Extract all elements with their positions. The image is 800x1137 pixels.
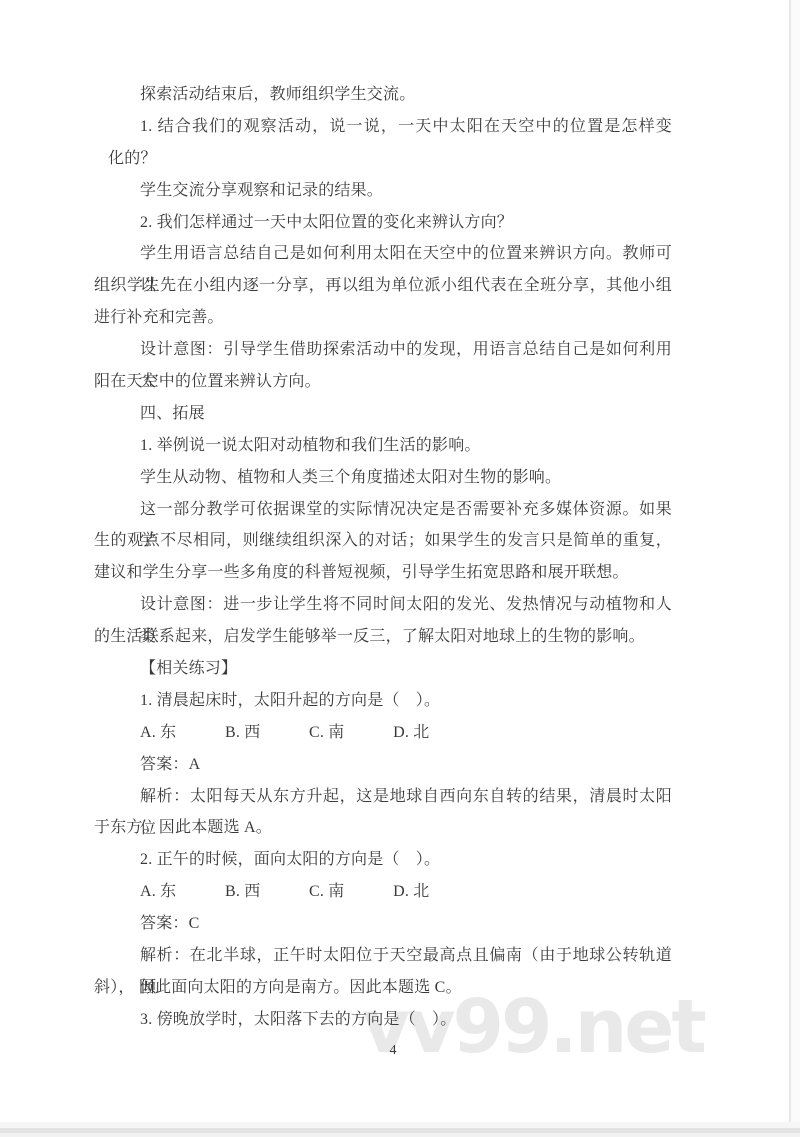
text-line: 于东方。因此本题选 A。	[0, 812, 672, 844]
text-line: 解析：在北半球，正午时太阳位于天空最高点且偏南（由于地球公转轨道倾	[0, 940, 672, 972]
document-body: 探索活动结束后，教师组织学生交流。1. 结合我们的观察活动，说一说，一天中太阳在…	[0, 79, 800, 1036]
text-line: 阳在天空中的位置来辨认方向。	[0, 366, 672, 398]
text-line: 学生从动物、植物和人类三个角度描述太阳对生物的影响。	[0, 462, 672, 494]
page-bottom-edge-background	[0, 1133, 800, 1137]
page-number: 4	[0, 1043, 786, 1059]
text-line: 设计意图：进一步让学生将不同时间太阳的发光、发热情况与动植物和人类	[0, 589, 672, 621]
text-line: 答案：C	[0, 908, 672, 940]
text-line: 3. 傍晚放学时，太阳落下去的方向是（ ）。	[0, 1004, 672, 1036]
text-line: 设计意图：引导学生借助探索活动中的发现，用语言总结自己是如何利用太	[0, 334, 672, 366]
text-line: 化的？	[0, 143, 672, 175]
text-line: 1. 结合我们的观察活动，说一说，一天中太阳在天空中的位置是怎样变	[0, 111, 672, 143]
text-line: 四、拓展	[0, 398, 672, 430]
text-line: A. 东 B. 西 C. 南 D. 北	[0, 876, 672, 908]
text-line: 建议和学生分享一些多角度的科普短视频，引导学生拓宽思路和展开联想。	[0, 557, 672, 589]
text-line: 解析：太阳每天从东方升起，这是地球自西向东自转的结果，清晨时太阳位	[0, 781, 672, 813]
text-line: 【相关练习】	[0, 653, 672, 685]
text-line: 组织学生先在小组内逐一分享，再以组为单位派小组代表在全班分享，其他小组	[0, 270, 672, 302]
page-edge-right-background	[791, 0, 800, 1122]
text-line: 1. 清晨起床时，太阳升起的方向是（ ）。	[0, 685, 672, 717]
text-line: 进行补充和完善。	[0, 302, 672, 334]
text-line: 斜）， 因此面向太阳的方向是南方。因此本题选 C。	[0, 972, 672, 1004]
text-line: 这一部分教学可依据课堂的实际情况决定是否需要补充多媒体资源。如果学	[0, 494, 672, 526]
text-line: 学生交流分享观察和记录的结果。	[0, 175, 672, 207]
document-page: vv99.net 探索活动结束后，教师组织学生交流。1. 结合我们的观察活动，说…	[0, 0, 800, 1137]
text-line: A. 东 B. 西 C. 南 D. 北	[0, 717, 672, 749]
text-line: 的生活联系起来，启发学生能够举一反三，了解太阳对地球上的生物的影响。	[0, 621, 672, 653]
text-line: 1. 举例说一说太阳对动植物和我们生活的影响。	[0, 430, 672, 462]
text-line: 学生用语言总结自己是如何利用太阳在天空中的位置来辨识方向。教师可以	[0, 238, 672, 270]
text-line: 2. 我们怎样通过一天中太阳位置的变化来辨认方向？	[0, 207, 672, 239]
text-line: 2. 正午的时候，面向太阳的方向是（ ）。	[0, 844, 672, 876]
text-line: 生的观点不尽相同，则继续组织深入的对话；如果学生的发言只是简单的重复，	[0, 525, 672, 557]
text-line: 答案：A	[0, 749, 672, 781]
text-line: 探索活动结束后，教师组织学生交流。	[0, 79, 672, 111]
